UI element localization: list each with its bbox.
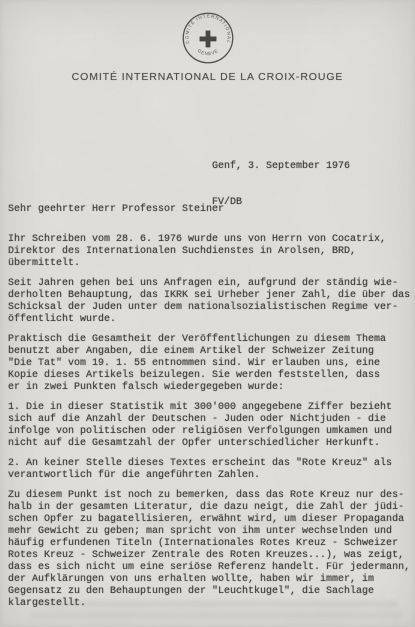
seal-bottom-text: GENÈVE: [197, 48, 219, 56]
paragraph: Seit Jahren gehen bei uns Anfragen ein, …: [8, 278, 414, 326]
paragraph: Ihr Schreiben vom 28. 6. 1976 wurde uns …: [8, 234, 414, 270]
salutation: Sehr geehrter Herr Professor Steiner: [8, 204, 414, 216]
paragraph: 1. Die in dieser Statistik mit 300'000 a…: [8, 402, 414, 450]
organization-name: COMITÉ INTERNATIONAL DE LA CROIX-ROUGE: [0, 71, 415, 83]
paragraph: Zu diesem Punkt ist noch zu bemerken, da…: [8, 490, 414, 610]
show-through-artifact: [30, 612, 402, 618]
paragraph: 2. An keiner Stelle dieses Textes ersche…: [8, 458, 414, 482]
date-line: Genf, 3. September 1976: [212, 161, 350, 173]
paragraph: Praktisch die Gesamtheit der Veröffentli…: [8, 334, 414, 394]
letter-body: Sehr geehrter Herr Professor Steiner Ihr…: [8, 204, 414, 610]
red-cross-icon: [199, 30, 217, 48]
icrc-seal: COMITÉ INTERNATIONAL GENÈVE: [180, 10, 236, 66]
letter-page: COMITÉ INTERNATIONAL GENÈVE COMITÉ INTER…: [0, 0, 415, 627]
svg-text:GENÈVE: GENÈVE: [197, 48, 219, 56]
